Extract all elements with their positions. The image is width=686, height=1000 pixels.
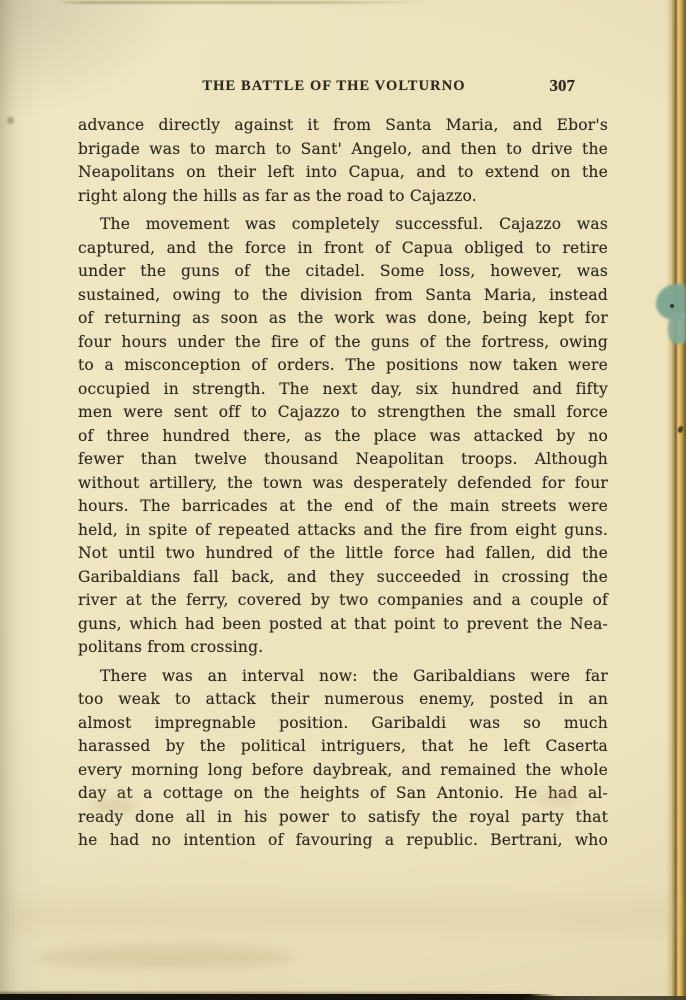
text-line: to a misconception of orders. The positi… bbox=[78, 354, 608, 378]
text-line: of returning as soon as the work was don… bbox=[78, 307, 608, 331]
text-line: guns, which had been posted at that poin… bbox=[78, 613, 608, 637]
paper-speck-left bbox=[7, 117, 14, 124]
text-line: right along the hills as far as the road… bbox=[78, 185, 608, 209]
text-line: without artillery, the town was desperat… bbox=[78, 472, 608, 496]
teal-stain-tail bbox=[668, 312, 686, 344]
text-line: four hours under the fire of the guns of… bbox=[78, 331, 608, 355]
text-line: captured, and the force in front of Capu… bbox=[78, 237, 608, 261]
text-line: advance directly against it from Santa M… bbox=[78, 114, 608, 138]
stain-speck bbox=[670, 304, 674, 308]
text-block: advance directly against it from Santa M… bbox=[78, 114, 608, 853]
paragraph: The movement was completely successful. … bbox=[78, 213, 608, 660]
bottom-edge-line bbox=[0, 996, 686, 1000]
text-line: held, in spite of repeated attacks and t… bbox=[78, 519, 608, 543]
page-number: 307 bbox=[550, 76, 576, 96]
text-line: sustained, owing to the division from Sa… bbox=[78, 284, 608, 308]
paragraph: There was an interval now: the Garibaldi… bbox=[78, 665, 608, 853]
paper-speck-right bbox=[677, 425, 684, 433]
paragraph: advance directly against it from Santa M… bbox=[78, 114, 608, 208]
text-line: day at a cottage on the heights of San A… bbox=[78, 782, 608, 806]
text-line: harassed by the political intriguers, th… bbox=[78, 735, 608, 759]
text-line: occupied in strength. The next day, six … bbox=[78, 378, 608, 402]
text-line: men were sent off to Cajazzo to strength… bbox=[78, 401, 608, 425]
book-page: THE BATTLE OF THE VOLTURNO 307 advance d… bbox=[0, 0, 686, 1000]
text-line: There was an interval now: the Garibaldi… bbox=[78, 665, 608, 689]
text-line: every morning long before daybreak, and … bbox=[78, 759, 608, 783]
text-line: almost impregnable position. Garibaldi w… bbox=[78, 712, 608, 736]
text-line: river at the ferry, covered by two compa… bbox=[78, 589, 608, 613]
text-line: brigade was to march to Sant' Angelo, an… bbox=[78, 138, 608, 162]
text-line: hours. The barricades at the end of the … bbox=[78, 495, 608, 519]
bottom-edge-black-band bbox=[0, 994, 556, 1000]
top-edge-shadow bbox=[55, 1, 430, 4]
text-line: ready done all in his power to satisfy t… bbox=[78, 806, 608, 830]
left-edge-shadow bbox=[0, 0, 16, 1000]
text-line: politans from crossing. bbox=[78, 636, 608, 660]
text-line: under the guns of the citadel. Some loss… bbox=[78, 260, 608, 284]
teal-stain bbox=[656, 284, 686, 320]
text-line: of three hundred there, as the place was… bbox=[78, 425, 608, 449]
bottom-edge-shadow bbox=[0, 992, 540, 995]
text-line: Neapolitans on their left into Capua, an… bbox=[78, 161, 608, 185]
text-line: too weak to attack their numerous enemy,… bbox=[78, 688, 608, 712]
text-line: fewer than twelve thousand Neapolitan tr… bbox=[78, 448, 608, 472]
paper-smudge-bottom bbox=[35, 946, 295, 968]
page-header: THE BATTLE OF THE VOLTURNO 307 bbox=[78, 77, 608, 99]
paper-smudge-band bbox=[0, 900, 686, 932]
text-line: The movement was completely successful. … bbox=[78, 213, 608, 237]
text-line: Not until two hundred of the little forc… bbox=[78, 542, 608, 566]
running-title: THE BATTLE OF THE VOLTURNO bbox=[69, 77, 599, 96]
right-page-edge bbox=[666, 0, 686, 1000]
text-line: Garibaldians fall back, and they succeed… bbox=[78, 566, 608, 590]
text-line: he had no intention of favouring a repub… bbox=[78, 829, 608, 853]
